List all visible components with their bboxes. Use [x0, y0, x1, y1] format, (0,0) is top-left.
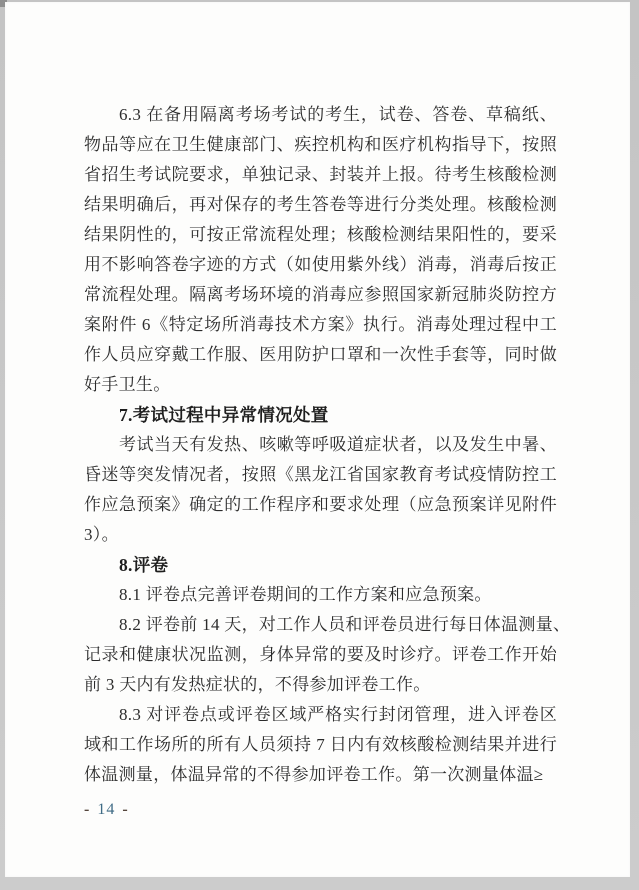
text-line: 案附件 6《特定场所消毒技术方案》执行。消毒处理过程中工 — [84, 310, 557, 340]
section-heading-7: 7.考试过程中异常情况处置 — [84, 400, 557, 430]
page-number-value: 14 — [90, 801, 122, 818]
document-page: 6.3 在备用隔离考场考试的考生，试卷、答卷、草稿纸、 物品等应在卫生健康部门、… — [5, 2, 630, 877]
text-line: 结果阴性的，可按正常流程处理；核酸检测结果阳性的，要采 — [84, 220, 557, 250]
text-line: 考试当天有发热、咳嗽等呼吸道症状者，以及发生中暑、 — [84, 430, 557, 460]
text-line: 前 3 天内有发热症状的，不得参加评卷工作。 — [84, 670, 557, 700]
text-line: 常流程处理。隔离考场环境的消毒应参照国家新冠肺炎防控方 — [84, 280, 557, 310]
text-line: 用不影响答卷字迹的方式（如使用紫外线）消毒，消毒后按正 — [84, 250, 557, 280]
text-line: 好手卫生。 — [84, 370, 557, 400]
page-number-right-dash: - — [122, 801, 128, 818]
text-line: 省招生考试院要求，单独记录、封装并上报。待考生核酸检测 — [84, 160, 557, 190]
text-line: 结果明确后，再对保存的考生答卷等进行分类处理。核酸检测 — [84, 190, 557, 220]
text-line: 8.3 对评卷点或评卷区域严格实行封闭管理，进入评卷区 — [84, 700, 557, 730]
text-line: 8.1 评卷点完善评卷期间的工作方案和应急预案。 — [84, 580, 557, 610]
text-line: 6.3 在备用隔离考场考试的考生，试卷、答卷、草稿纸、 — [84, 100, 557, 130]
text-line: 记录和健康状况监测，身体异常的要及时诊疗。评卷工作开始 — [84, 640, 557, 670]
text-line: 8.2 评卷前 14 天，对工作人员和评卷员进行每日体温测量、 — [84, 610, 557, 640]
text-line: 昏迷等突发情况者，按照《黑龙江省国家教育考试疫情防控工 — [84, 460, 557, 490]
text-line: 作应急预案》确定的工作程序和要求处理（应急预案详见附件 — [84, 490, 557, 520]
scanned-document-viewport: 6.3 在备用隔离考场考试的考生，试卷、答卷、草稿纸、 物品等应在卫生健康部门、… — [0, 0, 639, 890]
text-line: 域和工作场所的所有人员须持 7 日内有效核酸检测结果并进行 — [84, 730, 557, 760]
text-line: 物品等应在卫生健康部门、疾控机构和医疗机构指导下，按照 — [84, 130, 557, 160]
section-heading-8: 8.评卷 — [84, 550, 557, 580]
text-line: 作人员应穿戴工作服、医用防护口罩和一次性手套等，同时做 — [84, 340, 557, 370]
text-line: 体温测量，体温异常的不得参加评卷工作。第一次测量体温≥ — [84, 760, 557, 790]
page-number: -14- — [84, 800, 129, 820]
text-line: 3）。 — [84, 520, 557, 550]
document-text-block: 6.3 在备用隔离考场考试的考生，试卷、答卷、草稿纸、 物品等应在卫生健康部门、… — [84, 100, 557, 790]
